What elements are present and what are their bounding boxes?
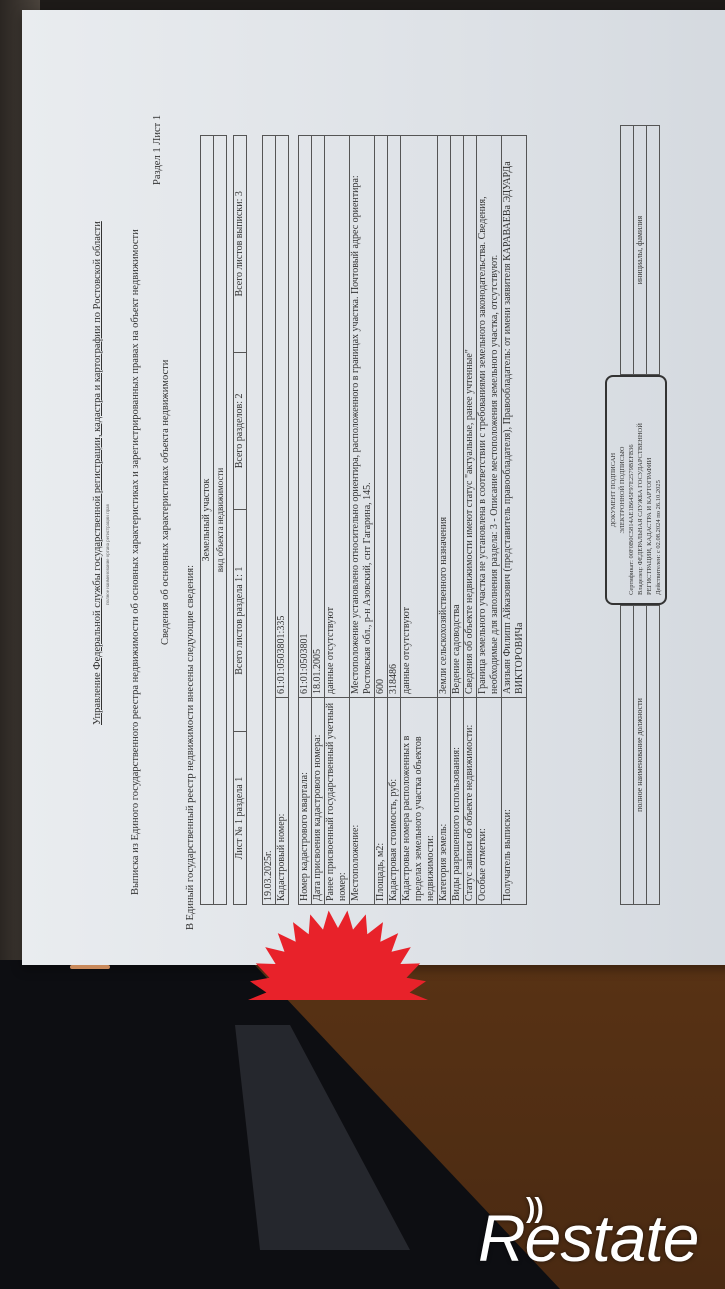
signature-cert: Сертификат: 00F0B0C5814AE1B645F97E2579BE… bbox=[627, 385, 636, 595]
row-value: Земли сельскохозяйственного назначения bbox=[438, 136, 451, 698]
table-row: Статус записи об объекте недвижимости:Св… bbox=[464, 136, 477, 905]
table-row: Особые отметки:Граница земельного участк… bbox=[477, 136, 502, 905]
table-row: Кадастровая стоимость, руб:318486 bbox=[388, 136, 401, 905]
row-label: Кадастровая стоимость, руб: bbox=[388, 698, 401, 905]
authority-caption: полное наименование органа регистрации п… bbox=[106, 504, 111, 605]
row-label: Площадь, м2: bbox=[375, 698, 388, 905]
row-label: Номер кадастрового квартала: bbox=[299, 698, 312, 905]
row-value: Сведения об объекте недвижимости имеют с… bbox=[464, 136, 477, 698]
row-value: Ведение садоводства bbox=[451, 136, 464, 698]
row-value: данные отсутствуют bbox=[401, 136, 438, 698]
row-label: Особые отметки: bbox=[477, 698, 502, 905]
sections-total: Всего разделов: 2 bbox=[234, 352, 247, 510]
row-value: 600 bbox=[375, 136, 388, 698]
signature-line2: ЭЛЕКТРОННОЙ ПОДПИСЬЮ bbox=[618, 385, 627, 595]
row-value: данные отсутствуют bbox=[325, 136, 350, 698]
header-table: Земельный участок вид объекта недвижимос… bbox=[200, 135, 227, 905]
footer-position: полное наименование должности bbox=[634, 606, 647, 905]
cadastral-number-value: 61:01:0503801:335 bbox=[276, 136, 289, 698]
object-type: Земельный участок bbox=[201, 136, 214, 905]
authority-name: Управление Федеральной службы государств… bbox=[92, 221, 103, 725]
position-table: полное наименование должности bbox=[620, 605, 660, 905]
document-content: Управление Федеральной службы государств… bbox=[40, 95, 680, 935]
row-label: Категория земель: bbox=[438, 698, 451, 905]
table-row: Категория земель:Земли сельскохозяйствен… bbox=[438, 136, 451, 905]
electronic-signature-stamp: ДОКУМЕНТ ПОДПИСАН ЭЛЕКТРОННОЙ ПОДПИСЬЮ С… bbox=[605, 375, 667, 605]
staple bbox=[70, 965, 110, 969]
section-ref: Раздел 1 Лист 1 bbox=[152, 115, 163, 185]
row-value: Азизьян Филипп Айказович (представитель … bbox=[502, 136, 527, 698]
row-value: 61:01:0503801 bbox=[299, 136, 312, 698]
row-label: Ранее присвоенный государственный учетны… bbox=[325, 698, 350, 905]
signature-owner2: РЕГИСТРАЦИИ, КАДАСТРА И КАРТОГРАФИИ bbox=[645, 385, 654, 595]
signal-icon: )) bbox=[526, 1192, 543, 1224]
row-label: Местоположение: bbox=[350, 698, 375, 905]
table-row: Местоположение:Местоположение установлен… bbox=[350, 136, 375, 905]
red-seal bbox=[248, 905, 428, 1000]
watermark-text: Restate bbox=[478, 1201, 698, 1275]
sheets-in-section: Всего листов раздела 1: 1 bbox=[234, 510, 247, 732]
date-table: 19.03.2025г. Кадастровый номер: 61:01:05… bbox=[262, 135, 289, 905]
table-row: Получатель выписки:Азизьян Филипп Айказо… bbox=[502, 136, 527, 905]
row-value: Местоположение установлено относительно … bbox=[350, 136, 375, 698]
table-row: Дата присвоения кадастрового номера:18.0… bbox=[312, 136, 325, 905]
section-title: Сведения об основных характеристиках объ… bbox=[160, 360, 171, 645]
table-row: Номер кадастрового квартала:61:01:050380… bbox=[299, 136, 312, 905]
table-row: Ранее присвоенный государственный учетны… bbox=[325, 136, 350, 905]
signature-owner: Владелец: ФЕДЕРАЛЬНАЯ СЛУЖБА ГОСУДАРСТВЕ… bbox=[636, 385, 645, 595]
row-label: Виды разрешенного использования: bbox=[451, 698, 464, 905]
row-label: Дата присвоения кадастрового номера: bbox=[312, 698, 325, 905]
sheet-number: Лист № 1 раздела 1 bbox=[234, 732, 247, 905]
row-label: Кадастровые номера расположенных в преде… bbox=[401, 698, 438, 905]
row-value: Граница земельного участка не установлен… bbox=[477, 136, 502, 698]
document-title: Выписка из Единого государственного реес… bbox=[130, 229, 141, 895]
restate-watermark: )) Restate bbox=[478, 1200, 698, 1276]
table-row: Виды разрешенного использования:Ведение … bbox=[451, 136, 464, 905]
object-type-caption: вид объекта недвижимости bbox=[214, 136, 227, 905]
extract-date: 19.03.2025г. bbox=[263, 136, 276, 905]
row-value: 318486 bbox=[388, 136, 401, 698]
row-label: Получатель выписки: bbox=[502, 698, 527, 905]
table-row: Площадь, м2:600 bbox=[375, 136, 388, 905]
signature-line1: ДОКУМЕНТ ПОДПИСАН bbox=[609, 385, 618, 595]
characteristics-table: Номер кадастрового квартала:61:01:050380… bbox=[298, 135, 527, 905]
footer-name: инициалы, фамилия bbox=[634, 126, 647, 375]
table-row: Кадастровые номера расположенных в преде… bbox=[401, 136, 438, 905]
intro-text: В Единый государственный реестр недвижим… bbox=[185, 565, 196, 930]
signature-validity: Действителен: с 02.08.2024 по 26.10.2025 bbox=[654, 385, 663, 595]
row-value: 18.01.2005 bbox=[312, 136, 325, 698]
row-label: Статус записи об объекте недвижимости: bbox=[464, 698, 477, 905]
name-table: инициалы, фамилия bbox=[620, 125, 660, 375]
sheets-total: Всего листов выписки: 3 bbox=[234, 136, 247, 353]
cadastral-number-label: Кадастровый номер: bbox=[276, 698, 289, 905]
sheet-info-table: Лист № 1 раздела 1 Всего листов раздела … bbox=[233, 135, 247, 905]
